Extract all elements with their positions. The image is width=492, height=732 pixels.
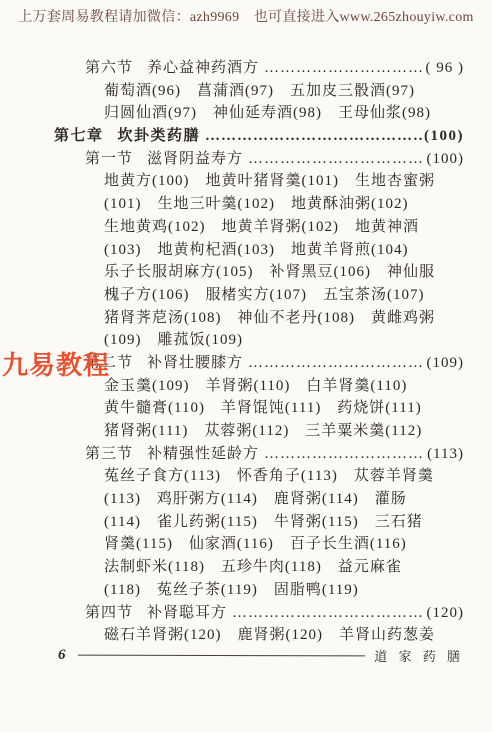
toc-item-row: 归圆仙酒(97) 神仙延寿酒(98) 王母仙浆(98) (40, 102, 464, 125)
toc-item-text: 磁石羊肾粥(120) 鹿肾粥(120) 羊肾山药葱姜 (104, 624, 435, 647)
toc-item-row: (118) 菟丝子茶(119) 固脂鸭(119) (40, 579, 464, 602)
toc-item-row: 乐子长服胡麻方(105) 补肾黑豆(106) 神仙服 (40, 261, 464, 284)
toc-item-text: 猪肾荠苨汤(108) 神仙不老丹(108) 黄雌鸡粥 (104, 307, 435, 330)
toc-section-row: 第三节补精强性延龄方(113) (40, 443, 464, 466)
toc-item-row: 葡萄酒(96) 菖蒲酒(97) 五加皮三骰酒(97) (40, 80, 464, 103)
toc-entry-title: 滋肾阴益寿方 (147, 148, 243, 171)
toc-item-row: (113) 鸡肝粥方(114) 鹿肾粥(114) 灌肠 (40, 488, 464, 511)
toc-entry-page: (120) (427, 602, 465, 625)
toc-item-text: 乐子长服胡麻方(105) 补肾黑豆(106) 神仙服 (104, 261, 435, 284)
watermark-overlay: 九易教程 (2, 350, 110, 380)
leader-dots (232, 602, 424, 625)
toc-item-text: 金玉羹(109) 羊肾粥(110) 白羊肾羹(110) (104, 375, 407, 398)
toc-item-text: 生地黄鸡(102) 地黄羊肾粥(102) 地黄神酒 (104, 216, 419, 239)
toc-item-row: 生地黄鸡(102) 地黄羊肾粥(102) 地黄神酒 (40, 216, 464, 239)
leader-dots (205, 125, 422, 148)
toc-section-row: 第六节养心益神药酒方( 96 ) (40, 57, 464, 80)
toc-item-text: 归圆仙酒(97) 神仙延寿酒(98) 王母仙浆(98) (104, 102, 431, 125)
toc-item-text: 菟丝子食方(113) 怀香角子(113) 苁蓉羊肾羹 (104, 465, 434, 488)
toc-item-text: (101) 生地三叶羹(102) 地黄酥油粥(102) (104, 193, 408, 216)
toc-entry-page: (100) (427, 148, 465, 171)
toc-entry-page: (113) (427, 443, 464, 466)
toc-item-row: 肾羹(115) 仙家酒(116) 百子长生酒(116) (40, 533, 464, 556)
toc-entry-title: 坎卦类药膳 (118, 125, 201, 148)
toc-entry-number: 第一节 (85, 148, 133, 171)
toc-entry-number: 第三节 (85, 443, 133, 466)
toc-item-row: 磁石羊肾粥(120) 鹿肾粥(120) 羊肾山药葱姜 (40, 624, 464, 647)
page-footer: 6 道 家 药 膳 (40, 646, 464, 665)
toc-item-text: 法制虾米(118) 五珍牛肉(118) 益元麻雀 (104, 556, 402, 579)
toc-entry-number: 第四节 (85, 602, 133, 625)
toc-item-text: 肾羹(115) 仙家酒(116) 百子长生酒(116) (104, 533, 407, 556)
toc-item-row: 法制虾米(118) 五珍牛肉(118) 益元麻雀 (40, 556, 464, 579)
toc-item-row: 槐子方(106) 服楮实方(107) 五宝茶汤(107) (40, 284, 464, 307)
toc-section-row: 第一节滋肾阴益寿方(100) (40, 148, 464, 171)
toc-item-row: (103) 地黄枸杞酒(103) 地黄羊肾煎(104) (40, 239, 464, 262)
leader-dots (264, 443, 425, 466)
toc-chapter-row: 第七章坎卦类药膳(100) (40, 125, 464, 148)
toc-item-text: (109) 雕菰饭(109) (104, 329, 243, 352)
toc-item-row: (109) 雕菰饭(109) (40, 329, 464, 352)
toc-item-text: (114) 雀儿药粥(115) 牛肾粥(115) 三石猪 (104, 511, 423, 534)
leader-dots (248, 148, 424, 171)
toc-entry-number: 第七章 (54, 125, 104, 148)
toc-entry-page: (100) (424, 125, 464, 148)
footer-page-number: 6 (58, 647, 66, 664)
toc-item-text: 槐子方(106) 服楮实方(107) 五宝茶汤(107) (104, 284, 424, 307)
toc-item-row: 猪肾粥(111) 苁蓉粥(112) 三羊粟米羹(112) (40, 420, 464, 443)
scanned-page: 上万套周易教程请加微信：azh9969 也可直接进入www.265zhouyiw… (0, 0, 492, 732)
toc-item-row: 菟丝子食方(113) 怀香角子(113) 苁蓉羊肾羹 (40, 465, 464, 488)
toc-item-text: (113) 鸡肝粥方(114) 鹿肾粥(114) 灌肠 (104, 488, 407, 511)
toc-item-text: (103) 地黄枸杞酒(103) 地黄羊肾煎(104) (104, 239, 408, 262)
toc-item-row: (114) 雀儿药粥(115) 牛肾粥(115) 三石猪 (40, 511, 464, 534)
toc-item-row: 地黄方(100) 地黄叶猪肾羹(101) 生地杏蜜粥 (40, 170, 464, 193)
leader-dots (264, 57, 423, 80)
toc-item-row: 黄牛髓膏(110) 羊肾馄饨(111) 药烧饼(111) (40, 397, 464, 420)
toc-item-text: (118) 菟丝子茶(119) 固脂鸭(119) (104, 579, 359, 602)
footer-rule (77, 655, 364, 657)
leader-dots (248, 352, 424, 375)
header-ad-text: 上万套周易教程请加微信：azh9969 也可直接进入www.265zhouyiw… (0, 6, 492, 26)
toc-item-text: 地黄方(100) 地黄叶猪肾羹(101) 生地杏蜜粥 (104, 170, 435, 193)
toc-item-text: 葡萄酒(96) 菖蒲酒(97) 五加皮三骰酒(97) (104, 80, 415, 103)
toc-item-text: 黄牛髓膏(110) 羊肾馄饨(111) 药烧饼(111) (104, 397, 422, 420)
toc-entry-number: 第六节 (85, 57, 133, 80)
toc-entry-title: 补肾聪耳方 (147, 602, 227, 625)
toc-entry-title: 养心益神药酒方 (147, 57, 259, 80)
toc-item-row: (101) 生地三叶羹(102) 地黄酥油粥(102) (40, 193, 464, 216)
footer-book-title: 道 家 药 膳 (374, 646, 464, 665)
toc-entry-page: ( 96 ) (426, 57, 465, 80)
toc-entry-title: 补肾壮腰膝方 (147, 352, 243, 375)
toc-section-row: 第四节补肾聪耳方(120) (40, 602, 464, 625)
toc-entry-title: 补精强性延龄方 (147, 443, 259, 466)
toc-item-row: 猪肾荠苨汤(108) 神仙不老丹(108) 黄雌鸡粥 (40, 307, 464, 330)
toc-entry-page: (109) (427, 352, 465, 375)
toc-item-text: 猪肾粥(111) 苁蓉粥(112) 三羊粟米羹(112) (104, 420, 422, 443)
